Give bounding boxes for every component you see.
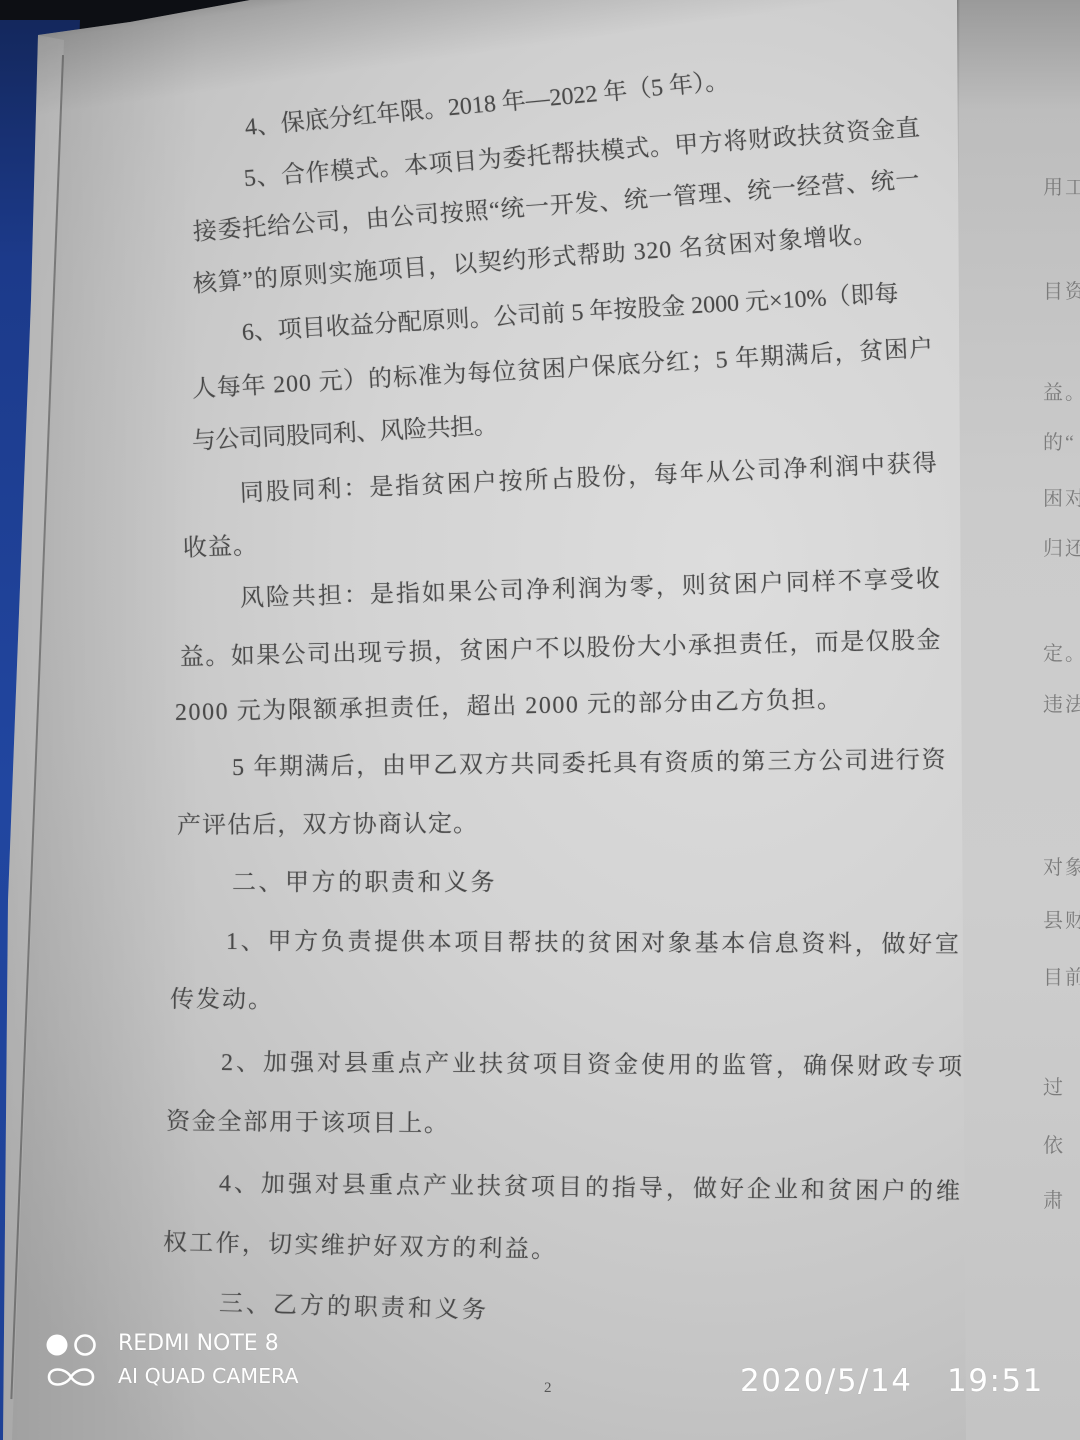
- adjacent-text-fragment: 的“: [1043, 431, 1076, 455]
- adjacent-text-fragment: 困对: [1043, 487, 1080, 511]
- clause-line: 传发动。: [170, 985, 274, 1016]
- watermark-time: 19:51: [947, 1362, 1044, 1400]
- adjacent-text-fragment: 定。: [1043, 642, 1080, 666]
- page-number: 2: [544, 1378, 552, 1398]
- adjacent-text-fragment: 违法: [1043, 693, 1080, 717]
- watermark-date: 2020/5/14: [740, 1362, 912, 1400]
- adjacent-text-fragment: 归还: [1043, 537, 1080, 561]
- definition-line: 收益。: [182, 531, 258, 564]
- adjacent-text-fragment: 县财: [1043, 909, 1080, 933]
- adjacent-text-fragment: 依: [1043, 1134, 1065, 1158]
- watermark-device-model: REDMI NOTE 8: [118, 1332, 279, 1356]
- section-heading: 二、甲方的职责和义务: [232, 868, 497, 898]
- clause-line: 2、加强对县重点产业扶贫项目资金使用的监管，确保财政专项: [221, 1048, 965, 1083]
- camera-logo-icon: [45, 1332, 103, 1392]
- watermark-camera-label: AI QUAD CAMERA: [118, 1364, 298, 1388]
- clause-line: 产评估后，双方协商认定。: [177, 809, 478, 841]
- adjacent-text-fragment: 目资: [1043, 280, 1080, 304]
- adjacent-text-fragment: 对象: [1043, 856, 1080, 880]
- adjacent-text-fragment: 目前: [1043, 966, 1080, 990]
- adjacent-text-fragment: 过: [1043, 1076, 1065, 1100]
- adjacent-text-fragment: 益。: [1043, 381, 1080, 405]
- clause-line: 1、甲方负责提供本项目帮扶的贫困对象基本信息资料，做好宣: [226, 927, 962, 960]
- clause-line: 资金全部用于该项目上。: [166, 1107, 450, 1139]
- adjacent-text-fragment: 用工: [1043, 176, 1080, 200]
- adjacent-text-fragment: 肃: [1043, 1189, 1065, 1213]
